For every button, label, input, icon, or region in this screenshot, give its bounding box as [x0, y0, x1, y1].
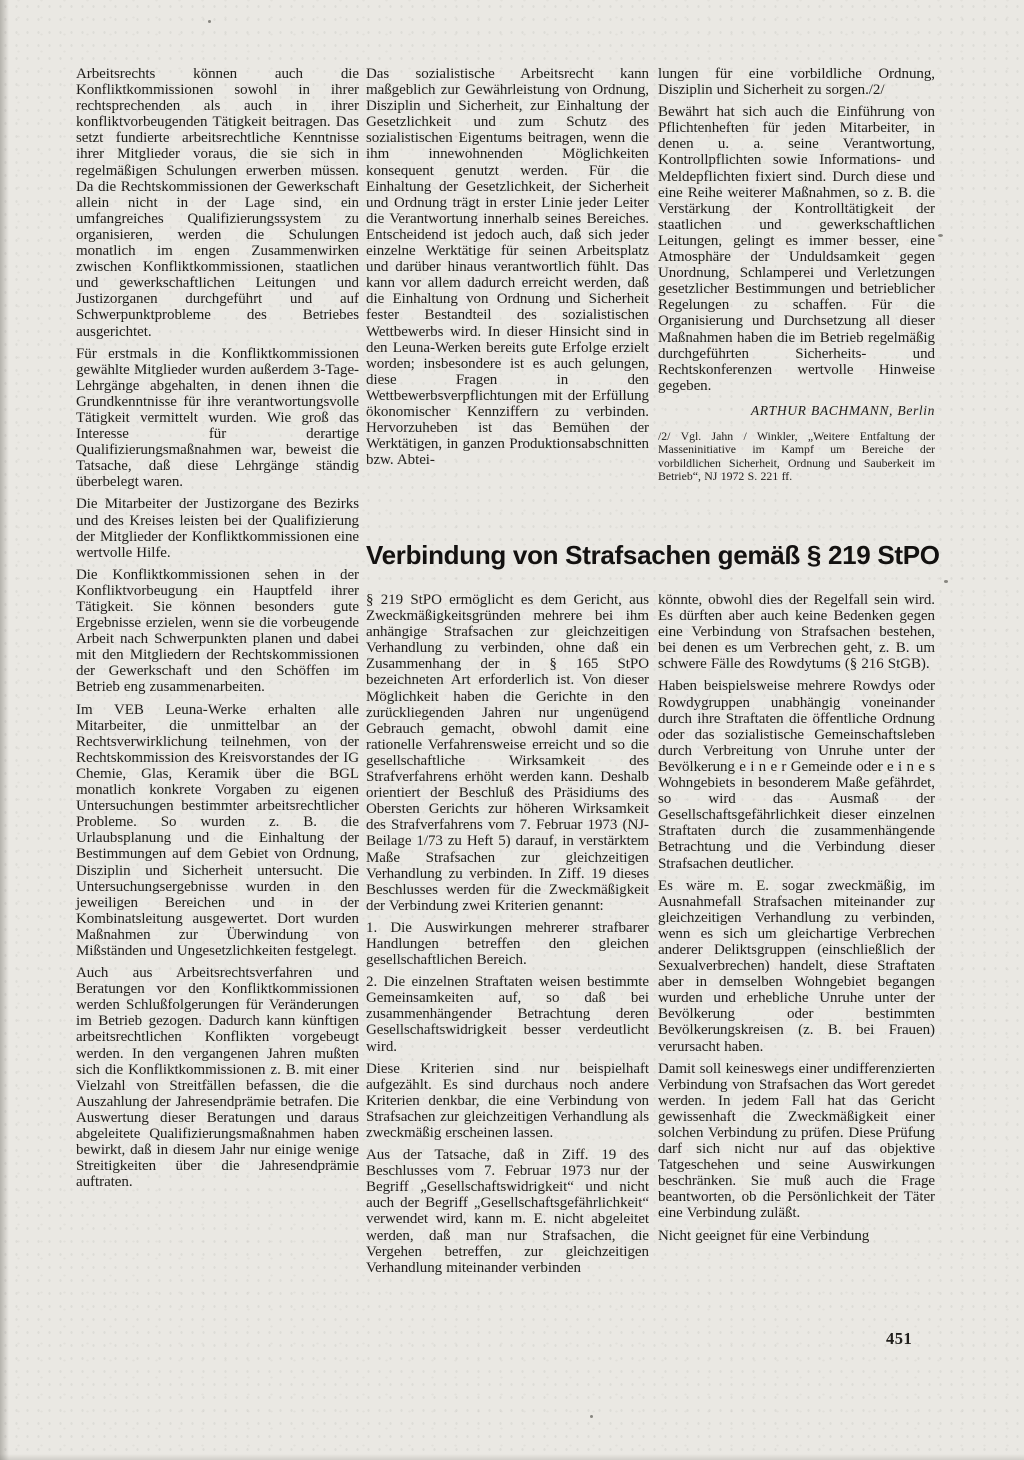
article1-column-1: Arbeitsrechts können auch die Konfliktko…	[76, 66, 359, 1326]
scan-left-edge-shadow	[0, 0, 9, 1460]
scan-speck	[590, 1415, 593, 1418]
article-paragraph: Im VEB Leuna-Werke erhalten alle Mitarbe…	[76, 702, 359, 960]
scan-bottom-edge-shadow	[0, 1454, 1024, 1460]
article-paragraph: Bewährt hat sich auch die Einführung von…	[658, 104, 935, 394]
article-paragraph: Das sozialistische Arbeitsrecht kann maß…	[366, 66, 649, 468]
article-paragraph: Arbeitsrechts können auch die Konfliktko…	[76, 66, 359, 340]
article-footnote: /2/ Vgl. Jahn / Winkler, „Weitere Entfal…	[658, 430, 935, 484]
article-paragraph: Für erstmals in die Konfliktkommissionen…	[76, 346, 359, 491]
scan-speck	[208, 20, 211, 23]
article-paragraph: Die Konfliktkommissionen sehen in der Ko…	[76, 567, 359, 696]
article-list-item: 2. Die einzelnen Straftaten weisen besti…	[366, 974, 649, 1054]
article-paragraph: könnte, obwohl dies der Regelfall sein w…	[658, 592, 935, 672]
article-paragraph: Nicht geeignet für eine Verbindung	[658, 1228, 935, 1244]
article-list-item: 1. Die Auswirkungen mehrerer strafbarer …	[366, 920, 649, 968]
article2-title: Verbindung von Strafsachen gemäß § 219 S…	[366, 540, 941, 571]
page-number: 451	[886, 1329, 912, 1349]
article-paragraph: Damit soll keineswegs einer undifferenzi…	[658, 1061, 935, 1222]
article-paragraph: Haben beispielsweise mehrere Rowdys oder…	[658, 678, 935, 871]
scan-speck	[944, 580, 948, 583]
article-paragraph: § 219 StPO ermöglicht es dem Gericht, au…	[366, 592, 649, 914]
article-paragraph: Diese Kriterien sind nur beispielhaft au…	[366, 1061, 649, 1141]
scanned-journal-page: Arbeitsrechts können auch die Konfliktko…	[0, 0, 1024, 1460]
article2-column-2: könnte, obwohl dies der Regelfall sein w…	[658, 592, 935, 1322]
article-byline: ARTHUR BACHMANN, Berlin	[658, 403, 935, 419]
article-paragraph: Aus der Tatsache, daß in Ziff. 19 des Be…	[366, 1147, 649, 1276]
article-paragraph: Die Mitarbeiter der Justizorgane des Bez…	[76, 496, 359, 560]
article-paragraph: Es wäre m. E. sogar zweckmäßig, im Ausna…	[658, 878, 935, 1055]
article1-column-2: Das sozialistische Arbeitsrecht kann maß…	[366, 66, 649, 526]
article2-column-1: § 219 StPO ermöglicht es dem Gericht, au…	[366, 592, 649, 1312]
article-paragraph: lungen für eine vorbildliche Ordnung, Di…	[658, 66, 935, 98]
article-paragraph: Auch aus Arbeitsrechtsverfahren und Bera…	[76, 965, 359, 1190]
article1-column-3: lungen für eine vorbildliche Ordnung, Di…	[658, 66, 935, 526]
scan-speck	[938, 234, 943, 237]
